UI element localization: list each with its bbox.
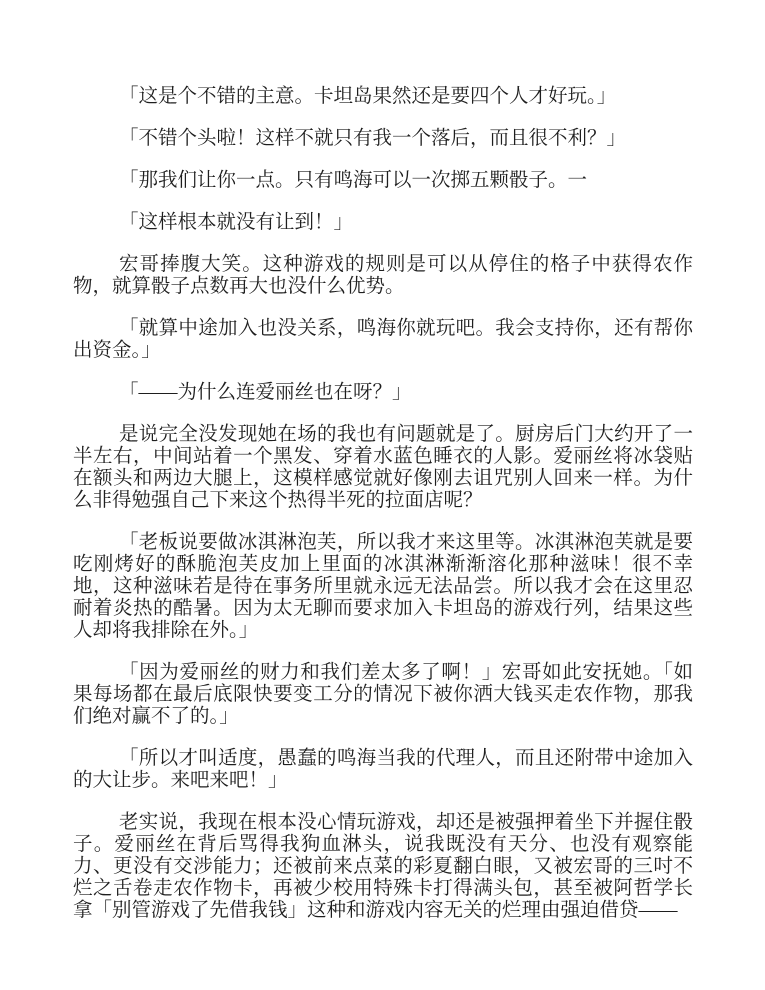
novel-text-block: 「这是个不错的主意。卡坦岛果然还是要四个人才好玩。」 「不错个头啦！这样不就只有…: [73, 86, 693, 922]
paragraph: 「这样根本就没有让到！」: [73, 212, 693, 234]
paragraph: 「因为爱丽丝的财力和我们差太多了啊！」宏哥如此安抚她。「如果每场都在最后底限快要…: [73, 662, 693, 728]
paragraph: 「就算中途加入也没关系，鸣海你就玩吧。我会支持你，还有帮你出资金。」: [73, 318, 693, 362]
paragraph: 「所以才叫适度，愚蠢的鸣海当我的代理人，而且还附带中途加入的大让步。来吧来吧！」: [73, 748, 693, 792]
book-page: 「这是个不错的主意。卡坦岛果然还是要四个人才好玩。」 「不错个头啦！这样不就只有…: [0, 0, 765, 990]
paragraph: 「这是个不错的主意。卡坦岛果然还是要四个人才好玩。」: [73, 86, 693, 108]
paragraph: 是说完全没发现她在场的我也有问题就是了。厨房后门大约开了一半左右，中间站着一个黑…: [73, 424, 693, 512]
paragraph: 「那我们让你一点。只有鸣海可以一次掷五颗骰子。一: [73, 170, 693, 192]
paragraph: 「老板说要做冰淇淋泡芙，所以我才来这里等。冰淇淋泡芙就是要吃刚烤好的酥脆泡芙皮加…: [73, 532, 693, 642]
paragraph: 「不错个头啦！这样不就只有我一个落后，而且很不利？」: [73, 128, 693, 150]
paragraph: 老实说，我现在根本没心情玩游戏，却还是被强押着坐下并握住骰子。爱丽丝在背后骂得我…: [73, 812, 693, 922]
paragraph: 宏哥捧腹大笑。这种游戏的规则是可以从停住的格子中获得农作物，就算骰子点数再大也没…: [73, 254, 693, 298]
paragraph: 「——为什么连爱丽丝也在呀？」: [73, 382, 693, 404]
